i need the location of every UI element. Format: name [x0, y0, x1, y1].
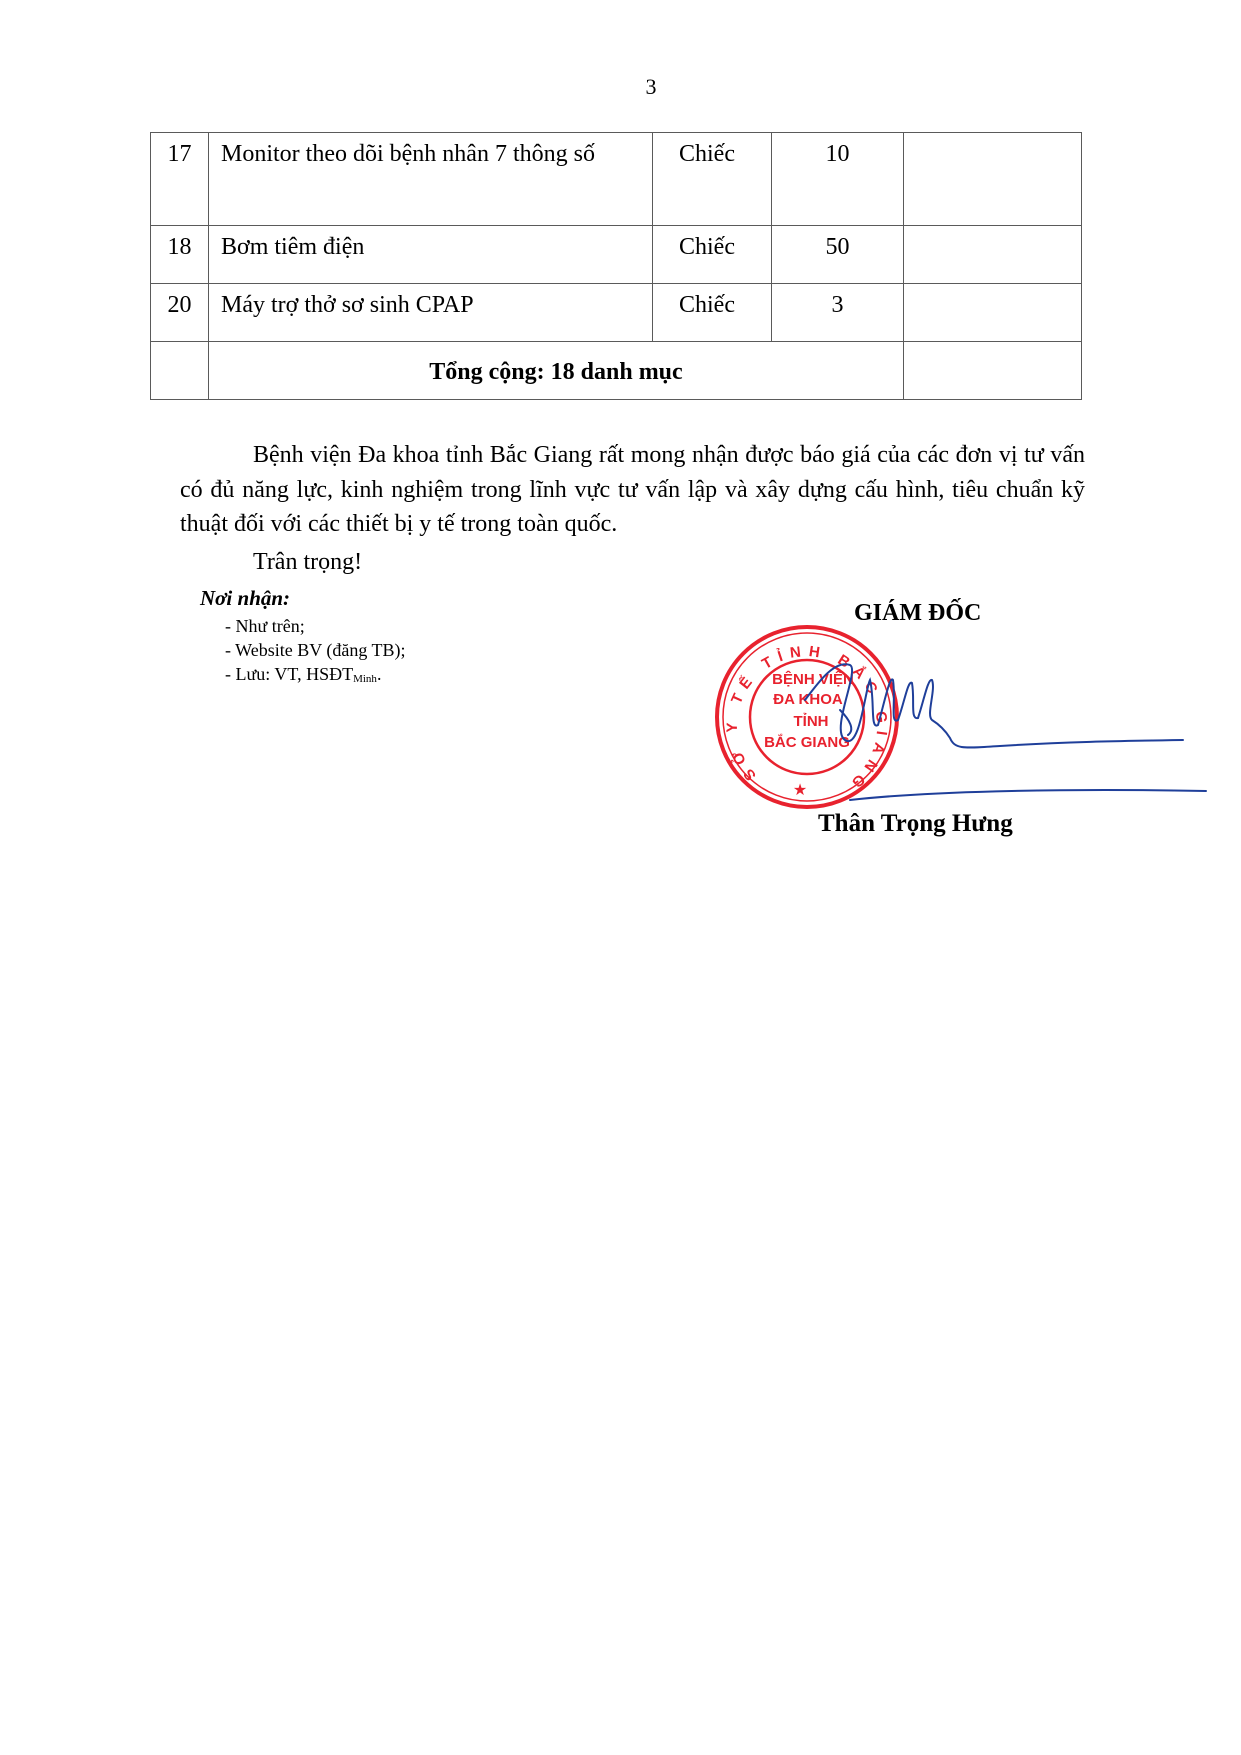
item-unit: Chiếc [653, 284, 772, 342]
recipients-title: Nơi nhận: [200, 585, 406, 611]
closing-text: Trân trọng! [253, 547, 362, 577]
svg-text:BỆNH VIỆN: BỆNH VIỆN [772, 670, 854, 688]
item-note [904, 284, 1082, 342]
table-row: 17 Monitor theo dõi bệnh nhân 7 thông số… [151, 133, 1082, 226]
svg-text:BẮC GIANG: BẮC GIANG [764, 733, 850, 751]
body-paragraph: Bệnh viện Đa khoa tỉnh Bắc Giang rất mon… [180, 438, 1085, 542]
table-row: 18 Bơm tiêm điện Chiếc 50 [151, 226, 1082, 284]
recipient-text: - Lưu: VT, HSĐT [225, 664, 353, 684]
row-number: 17 [151, 133, 209, 226]
recipient-initials: Minh [353, 673, 377, 685]
item-note [904, 226, 1082, 284]
total-empty-cell [151, 342, 209, 400]
svg-text:ĐA KHOA: ĐA KHOA [773, 691, 843, 708]
item-note [904, 133, 1082, 226]
item-quantity: 3 [772, 284, 904, 342]
equipment-table: 17 Monitor theo dõi bệnh nhân 7 thông số… [150, 132, 1082, 400]
row-number: 18 [151, 226, 209, 284]
total-note-cell [904, 342, 1082, 400]
item-quantity: 10 [772, 133, 904, 226]
official-stamp-icon: SỞ Y TẾ TỈNH BẮC GIANG BỆNH VIỆN ĐA KHOA… [717, 627, 897, 807]
recipient-item: - Lưu: VT, HSĐTMinh. [225, 662, 406, 691]
item-unit: Chiếc [653, 133, 772, 226]
table-total-row: Tổng cộng: 18 danh mục [151, 342, 1082, 400]
recipients-list: - Như trên; - Website BV (đăng TB); - Lư… [225, 614, 406, 691]
page-number: 3 [0, 74, 1241, 100]
signatory-name: Thân Trọng Hưng [818, 808, 1013, 840]
row-number: 20 [151, 284, 209, 342]
recipient-item: - Website BV (đăng TB); [225, 638, 406, 662]
item-name: Bơm tiêm điện [209, 226, 653, 284]
svg-text:★: ★ [793, 780, 807, 799]
item-name: Monitor theo dõi bệnh nhân 7 thông số [209, 133, 653, 226]
recipient-suffix: . [377, 664, 382, 684]
total-label: Tổng cộng: 18 danh mục [209, 342, 904, 400]
recipients-block: Nơi nhận: - Như trên; - Website BV (đăng… [200, 585, 406, 691]
item-name: Máy trợ thở sơ sinh CPAP [209, 284, 653, 342]
recipient-item: - Như trên; [225, 614, 406, 638]
stamp-and-signature: SỞ Y TẾ TỈNH BẮC GIANG BỆNH VIỆN ĐA KHOA… [700, 620, 1241, 820]
item-unit: Chiếc [653, 226, 772, 284]
table-row: 20 Máy trợ thở sơ sinh CPAP Chiếc 3 [151, 284, 1082, 342]
item-quantity: 50 [772, 226, 904, 284]
svg-text:TỈNH: TỈNH [794, 713, 829, 730]
